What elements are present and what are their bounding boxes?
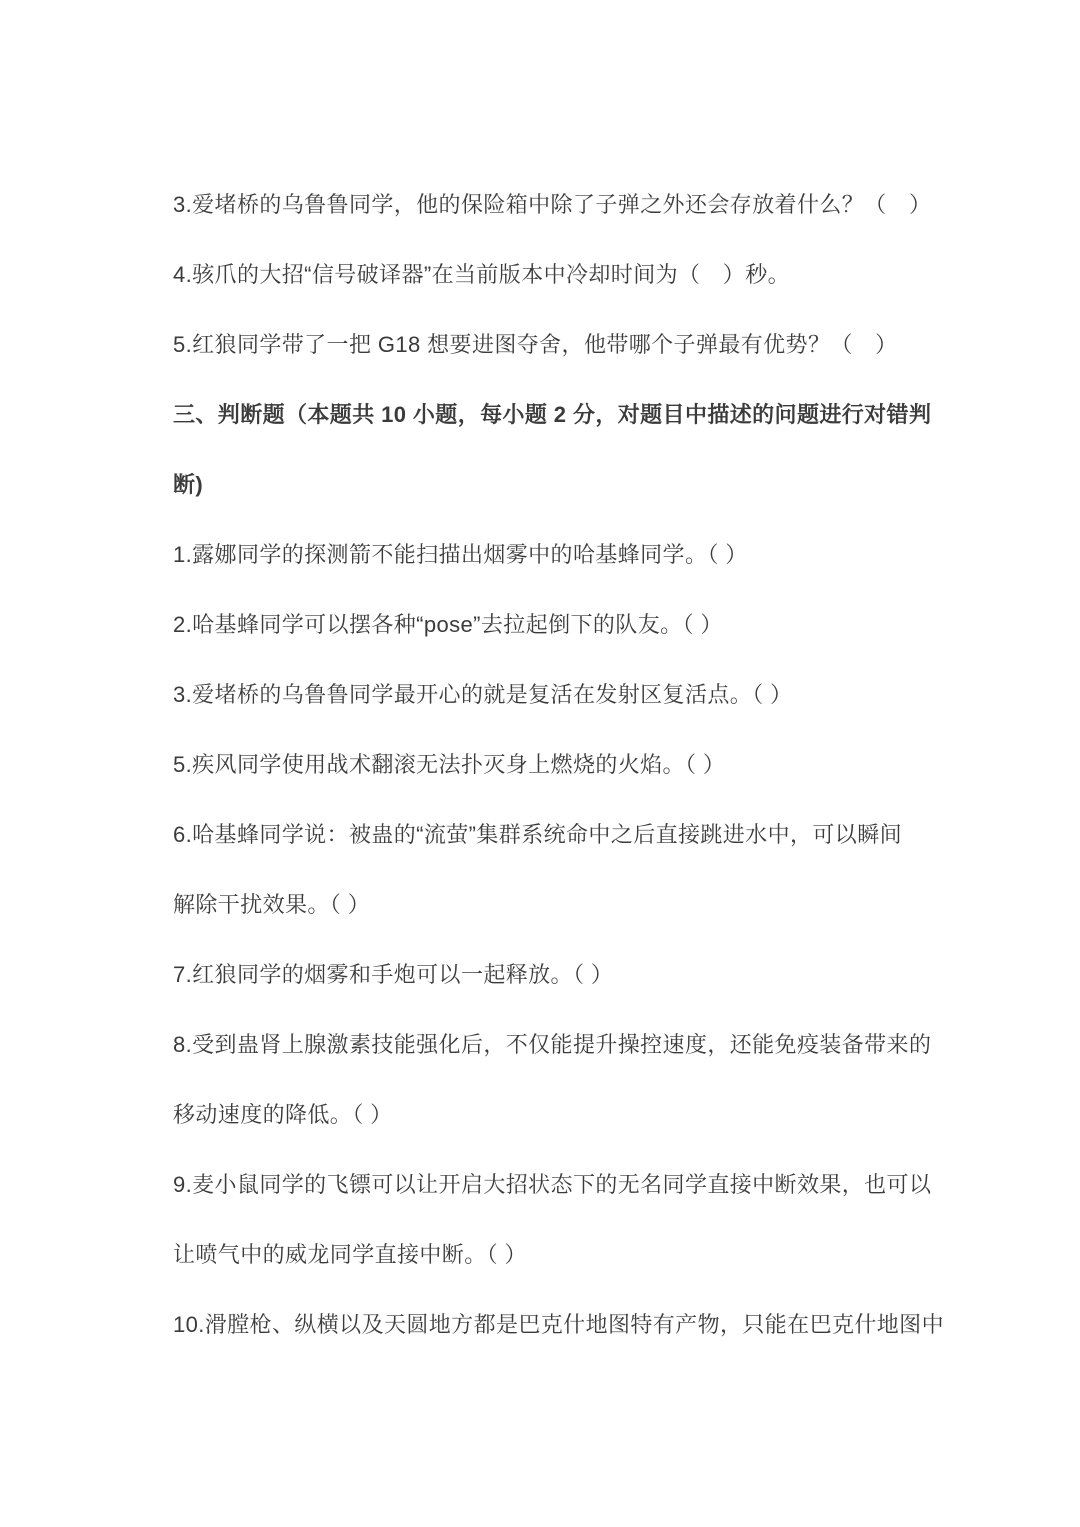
section-header-true-false: 三、判断题（本题共 10 小题，每小题 2 分，对题目中描述的问题进行对错判 断… [173, 380, 963, 520]
question-text: 让喷气中的威龙同学直接中断。（ ） [173, 1220, 963, 1290]
question-text: 5.疾风同学使用战术翻滚无法扑灭身上燃烧的火焰。（ ） [173, 730, 963, 800]
tf-question-1: 1.露娜同学的探测箭不能扫描出烟雾中的哈基蜂同学。（ ） [173, 520, 963, 590]
tf-question-6: 6.哈基蜂同学说：被蛊的“流萤”集群系统命中之后直接跳进水中，可以瞬间 解除干扰… [173, 800, 963, 940]
section-header-line: 断) [173, 450, 963, 520]
question-text: 3.爱堵桥的乌鲁鲁同学，他的保险箱中除了子弹之外还会存放着什么？（ ） [173, 170, 963, 240]
section-header-line: 三、判断题（本题共 10 小题，每小题 2 分，对题目中描述的问题进行对错判 [173, 380, 963, 450]
tf-question-10: 10.滑膛枪、纵横以及天圆地方都是巴克什地图特有产物，只能在巴克什地图中 [173, 1290, 963, 1360]
question-text: 移动速度的降低。（ ） [173, 1080, 963, 1150]
question-text: 10.滑膛枪、纵横以及天圆地方都是巴克什地图特有产物，只能在巴克什地图中 [173, 1290, 963, 1360]
question-text: 4.骇爪的大招“信号破译器”在当前版本中冷却时间为（ ）秒。 [173, 240, 963, 310]
question-text: 解除干扰效果。（ ） [173, 870, 963, 940]
question-text: 6.哈基蜂同学说：被蛊的“流萤”集群系统命中之后直接跳进水中，可以瞬间 [173, 800, 963, 870]
document-page: 3.爱堵桥的乌鲁鲁同学，他的保险箱中除了子弹之外还会存放着什么？（ ） 4.骇爪… [0, 0, 1080, 1527]
fill-in-question-3: 3.爱堵桥的乌鲁鲁同学，他的保险箱中除了子弹之外还会存放着什么？（ ） [173, 170, 963, 240]
question-text: 3.爱堵桥的乌鲁鲁同学最开心的就是复活在发射区复活点。（ ） [173, 660, 963, 730]
tf-question-7: 7.红狼同学的烟雾和手炮可以一起释放。（ ） [173, 940, 963, 1010]
fill-in-question-4: 4.骇爪的大招“信号破译器”在当前版本中冷却时间为（ ）秒。 [173, 240, 963, 310]
tf-question-5: 5.疾风同学使用战术翻滚无法扑灭身上燃烧的火焰。（ ） [173, 730, 963, 800]
fill-in-question-5: 5.红狼同学带了一把 G18 想要进图夺舍，他带哪个子弹最有优势？（ ） [173, 310, 963, 380]
tf-question-8: 8.受到蛊肾上腺激素技能强化后，不仅能提升操控速度，还能免疫装备带来的 移动速度… [173, 1010, 963, 1150]
question-text: 8.受到蛊肾上腺激素技能强化后，不仅能提升操控速度，还能免疫装备带来的 [173, 1010, 963, 1080]
exam-document: 3.爱堵桥的乌鲁鲁同学，他的保险箱中除了子弹之外还会存放着什么？（ ） 4.骇爪… [173, 170, 963, 1360]
tf-question-3: 3.爱堵桥的乌鲁鲁同学最开心的就是复活在发射区复活点。（ ） [173, 660, 963, 730]
tf-question-2: 2.哈基蜂同学可以摆各种“pose”去拉起倒下的队友。（ ） [173, 590, 963, 660]
question-text: 9.麦小鼠同学的飞镖可以让开启大招状态下的无名同学直接中断效果，也可以 [173, 1150, 963, 1220]
question-text: 5.红狼同学带了一把 G18 想要进图夺舍，他带哪个子弹最有优势？（ ） [173, 310, 963, 380]
tf-question-9: 9.麦小鼠同学的飞镖可以让开启大招状态下的无名同学直接中断效果，也可以 让喷气中… [173, 1150, 963, 1290]
question-text: 7.红狼同学的烟雾和手炮可以一起释放。（ ） [173, 940, 963, 1010]
question-text: 2.哈基蜂同学可以摆各种“pose”去拉起倒下的队友。（ ） [173, 590, 963, 660]
question-text: 1.露娜同学的探测箭不能扫描出烟雾中的哈基蜂同学。（ ） [173, 520, 963, 590]
